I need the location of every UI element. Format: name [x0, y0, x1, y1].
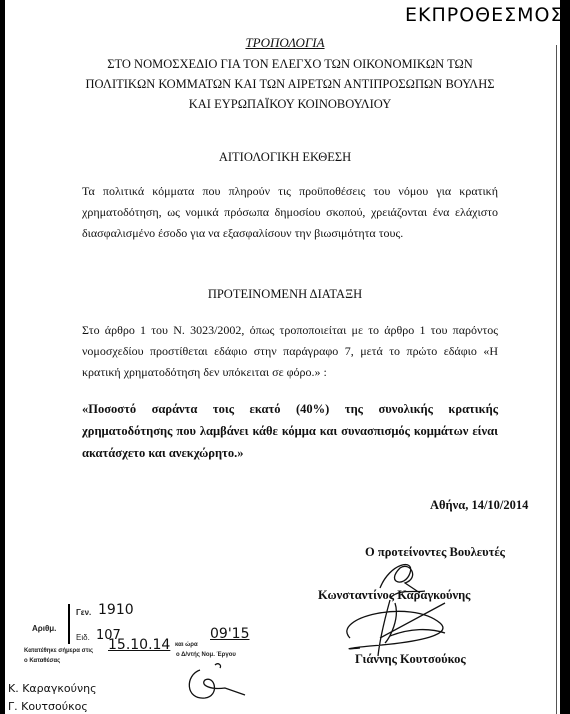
document-date: Αθήνα, 14/10/2014 [430, 498, 528, 513]
provision-intro-paragraph: Στο άρθρο 1 του Ν. 3023/2002, όπως τροπο… [82, 320, 498, 383]
registration-stamp: Αριθμ. Γεν. 1910 Ειδ. 107 Κατατέθηκε σήμ… [20, 600, 280, 714]
stamp-divider [68, 604, 70, 644]
filer-label: ο Καταθέσας [24, 658, 60, 664]
explanatory-paragraph: Τα πολιτικά κόμματα που πληρούν τις προϋ… [82, 181, 498, 244]
filed-time: 09'15 [210, 626, 249, 642]
general-label: Γεν. [76, 608, 91, 617]
time-label: και ώρα [175, 642, 198, 648]
handwritten-name: Γ. Κουτσούκος [8, 700, 88, 713]
handwritten-name: Κ. Καραγκούνης [8, 682, 97, 695]
official-signature-icon [180, 660, 260, 705]
deadline-stamp: ΕΚΠΡΟΘΕΣΜΟΣ [405, 4, 563, 26]
scan-edge-left [0, 0, 5, 714]
scan-edge-right [560, 0, 570, 714]
section-heading-explanatory: ΑΙΤΙΟΛΟΓΙΚΗ ΕΚΘΕΣΗ [0, 150, 570, 165]
subtitle-line: ΣΤΟ ΝΟΜΟΣΧΕΔΙΟ ΓΙΑ ΤΟΝ ΕΛΕΓΧΟ ΤΩΝ ΟΙΚΟΝΟ… [40, 54, 540, 74]
section-heading-provision: ΠΡΟΤΕΙΝΟΜΕΝΗ ΔΙΑΤΑΞΗ [0, 287, 570, 302]
official-label: ο Δ/ντής Νομ. Έργου [176, 652, 236, 658]
subtitle-line: ΠΟΛΙΤΙΚΩΝ ΚΟΜΜΑΤΩΝ ΚΑΙ ΤΩΝ ΑΙΡΕΤΩΝ ΑΝΤΙΠ… [40, 74, 540, 94]
signer-name: Γιάννης Κουτσούκος [355, 652, 466, 667]
filed-label: Κατατέθηκε σήμερα στις [24, 648, 93, 654]
signature-2-icon [330, 598, 480, 658]
provision-quote: «Ποσοστό σαράντα τοις εκατό (40%) της συ… [82, 398, 498, 464]
document-subtitle: ΣΤΟ ΝΟΜΟΣΧΕΔΙΟ ΓΙΑ ΤΟΝ ΕΛΕΓΧΟ ΤΩΝ ΟΙΚΟΝΟ… [40, 54, 540, 114]
general-number: 1910 [98, 602, 134, 618]
scan-edge-line [556, 45, 557, 714]
filed-date: 15.10.14 [108, 637, 170, 653]
subtitle-line: ΚΑΙ ΕΥΡΩΠΑΪΚΟΥ ΚΟΙΝΟΒΟΥΛΙΟΥ [40, 94, 540, 114]
number-label: Αριθμ. [32, 624, 56, 633]
special-label: Ειδ. [76, 633, 90, 642]
document-title: ΤΡΟΠΟΛΟΓΙΑ [0, 35, 570, 51]
